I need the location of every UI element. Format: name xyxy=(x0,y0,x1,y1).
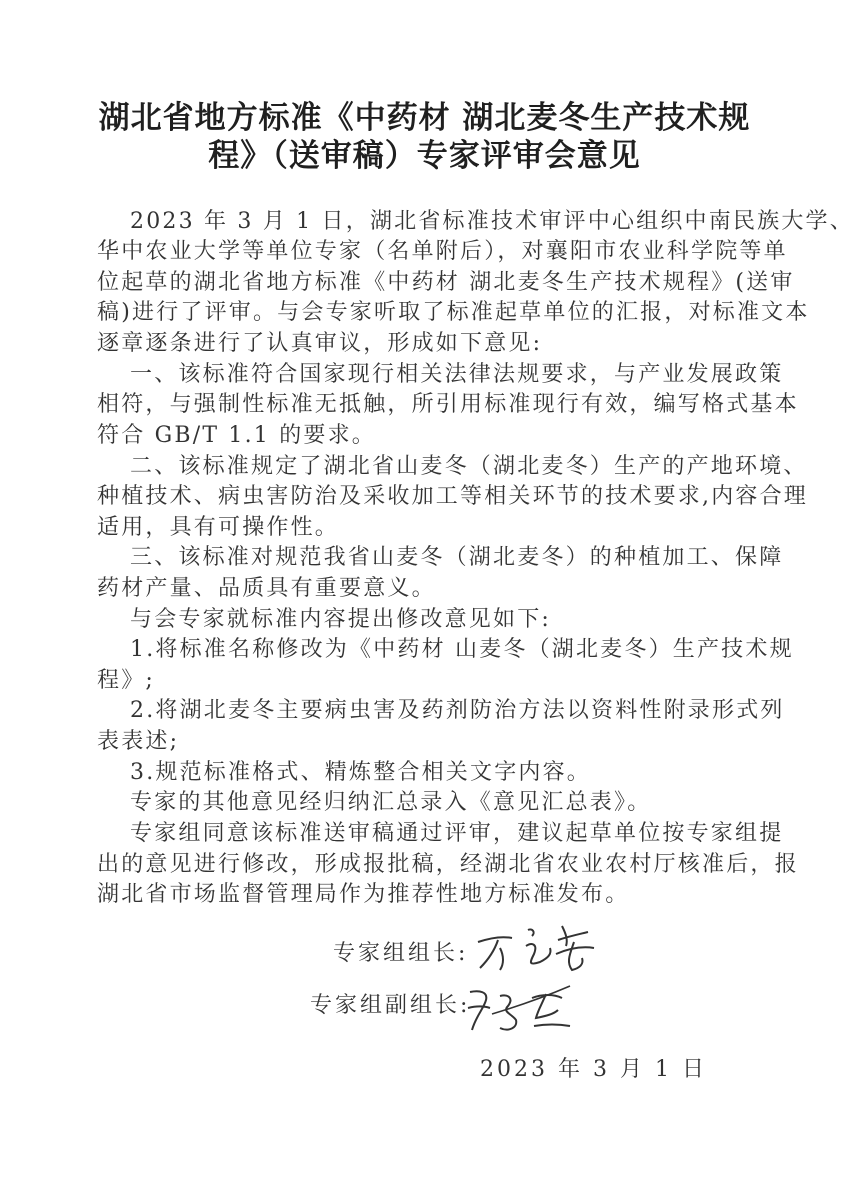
body-line: 湖北省市场监督管理局作为推荐性地方标准发布。 xyxy=(97,880,757,910)
body-line: 一、该标准符合国家现行相关法律法规要求，与产业发展政策 xyxy=(130,360,790,390)
body-line: 三、该标准对规范我省山麦冬（湖北麦冬）的种植加工、保障 xyxy=(130,543,790,573)
body-line: 3.规范标准格式、精炼整合相关文字内容。 xyxy=(130,758,790,788)
document-title-line-1: 湖北省地方标准《中药材 湖北麦冬生产技术规 xyxy=(0,99,849,137)
leader-signature-icon xyxy=(470,918,600,978)
body-line: 位起草的湖北省地方标准《中药材 湖北麦冬生产技术规程》(送审 xyxy=(97,268,757,298)
body-line: 程》; xyxy=(97,666,757,696)
body-line: 2023 年 3 月 1 日，湖北省标准技术审评中心组织中南民族大学、 xyxy=(130,207,790,237)
body-line: 1.将标准名称修改为《中药材 山麦冬（湖北麦冬）生产技术规 xyxy=(130,635,790,665)
body-line: 与会专家就标准内容提出修改意见如下: xyxy=(130,605,790,635)
leader-label: 专家组组长: xyxy=(333,936,468,967)
body-line: 表表述; xyxy=(97,727,757,757)
document-date: 2023 年 3 月 1 日 xyxy=(480,1052,707,1083)
body-line: 药材产量、品质具有重要意义。 xyxy=(97,574,757,604)
body-line: 稿)进行了评审。与会专家听取了标准起草单位的汇报，对标准文本 xyxy=(97,298,757,328)
body-line: 种植技术、病虫害防治及采收加工等相关环节的技术要求,内容合理 xyxy=(97,482,757,512)
body-line: 专家的其他意见经归纳汇总录入《意见汇总表》。 xyxy=(130,788,790,818)
body-line: 符合 GB/T 1.1 的要求。 xyxy=(97,421,757,451)
document-title-line-2: 程》（送审稿）专家评审会意见 xyxy=(0,137,849,175)
body-line: 专家组同意该标准送审稿通过评审，建议起草单位按专家组提 xyxy=(130,819,790,849)
deputy-signature-icon xyxy=(462,980,582,1040)
body-line: 华中农业大学等单位专家（名单附后），对襄阳市农业科学院等单 xyxy=(97,237,757,267)
body-line: 相符，与强制性标准无抵触，所引用标准现行有效，编写格式基本 xyxy=(97,390,757,420)
body-line: 逐章逐条进行了认真审议，形成如下意见: xyxy=(97,329,757,359)
body-line: 适用，具有可操作性。 xyxy=(97,513,757,543)
deputy-leader-label: 专家组副组长: xyxy=(310,988,470,1019)
body-line: 出的意见进行修改，形成报批稿，经湖北省农业农村厅核准后，报 xyxy=(97,850,757,880)
body-line: 二、该标准规定了湖北省山麦冬（湖北麦冬）生产的产地环境、 xyxy=(130,452,790,482)
body-line: 2.将湖北麦冬主要病虫害及药剂防治方法以资料性附录形式列 xyxy=(130,696,790,726)
